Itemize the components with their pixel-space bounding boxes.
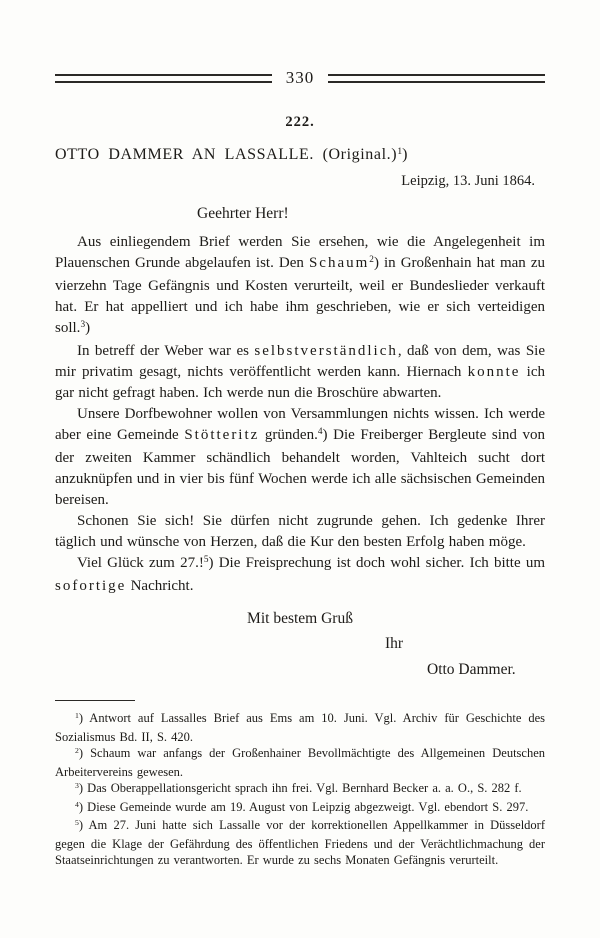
footnote-1: 1) Antwort auf Lassalles Brief aus Ems a… xyxy=(55,710,545,745)
book-page: 330 222. OTTO DAMMER AN LASSALLE. (Origi… xyxy=(0,0,600,938)
paragraph-1: Aus einliegendem Brief werden Sie ersehe… xyxy=(55,232,545,341)
page-number: 330 xyxy=(272,69,329,86)
paragraph-2: In betreff der Weber war es selbstverstä… xyxy=(55,341,545,404)
signature-name: Otto Dammer. xyxy=(427,661,545,679)
paragraph-5: Viel Glück zum 27.!5) Die Freisprechung … xyxy=(55,553,545,597)
footnote-5: 5) Am 27. Juni hatte sich Lassalle vor d… xyxy=(55,817,545,869)
paragraph-3: Unsere Dorfbewohner wollen von Versammlu… xyxy=(55,404,545,511)
footnotes-block: 1) Antwort auf Lassalles Brief aus Ems a… xyxy=(55,710,545,869)
closing-line: Mit bestem Gruß xyxy=(55,610,545,628)
header-rule-right xyxy=(328,74,545,83)
dateline: Leipzig, 13. Juni 1864. xyxy=(55,173,545,190)
footnote-4: 4) Diese Gemeinde wurde am 19. August vo… xyxy=(55,799,545,818)
signature-intro: Ihr xyxy=(385,635,545,653)
header-rule-left xyxy=(55,74,272,83)
letter-section-number: 222. xyxy=(55,114,545,131)
footnote-separator-rule xyxy=(55,700,135,701)
letter-title: OTTO DAMMER AN LASSALLE. (Original.)1) xyxy=(55,146,545,164)
salutation: Geehrter Herr! xyxy=(197,205,545,223)
letter-body: Aus einliegendem Brief werden Sie ersehe… xyxy=(55,232,545,597)
footnote-2: 2) Schaum war anfangs der Großenhainer B… xyxy=(55,745,545,780)
footnote-3: 3) Das Oberappellationsgericht sprach ih… xyxy=(55,780,545,799)
running-header: 330 xyxy=(55,70,545,87)
paragraph-4: Schonen Sie sich! Sie dürfen nicht zugru… xyxy=(55,511,545,553)
